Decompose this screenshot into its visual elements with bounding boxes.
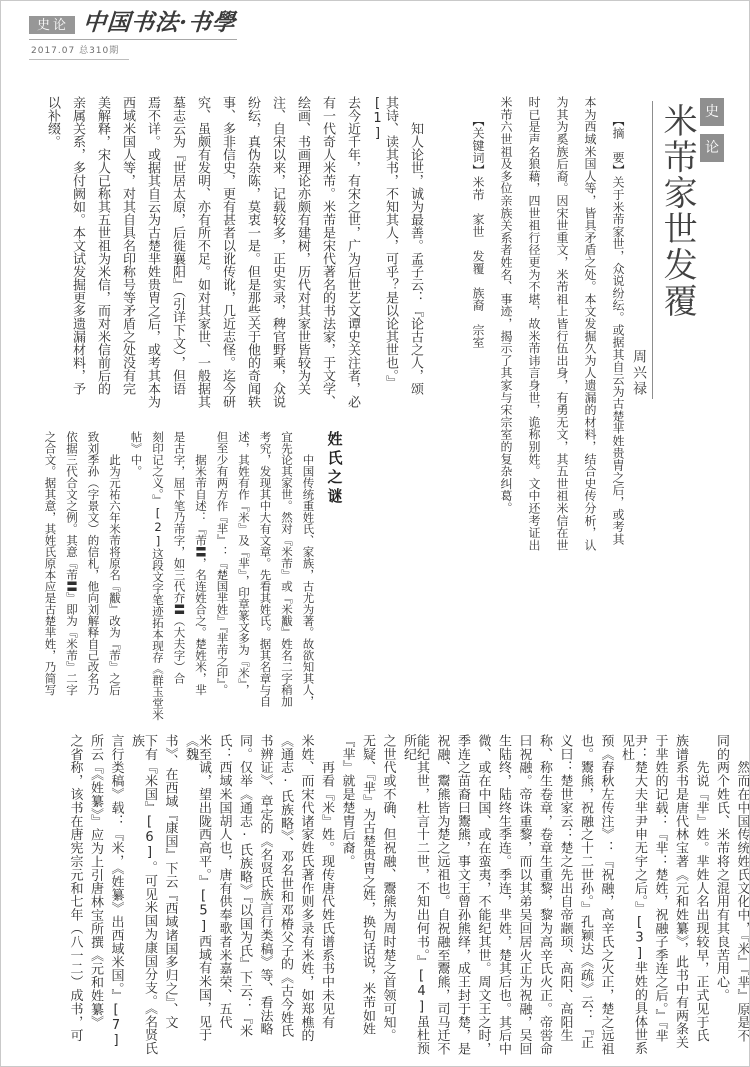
text-column: 是古字，屈下笔乃芾字，如三代夰〓（大夫字）合 [173, 431, 185, 721]
text-column: 氏：西域米国胡人也，唐有供奉歌者米嘉荣、五代 [218, 734, 231, 1064]
journal-section-label: 史论 [29, 16, 75, 34]
text-column: 帖》中。 [130, 431, 142, 721]
text-column: 纷纭，真伪杂陈，莫衷一是。但是那些关于他的奇闻轶 [246, 96, 259, 426]
text-column: 生陆终，陆终生季连。季连，芈姓，楚其后也。其后中 [497, 734, 510, 1064]
text-column: 事、多非信史，更有甚者以讹传讹，几近志怪。迄今研 [221, 96, 234, 426]
text-column: 同的两个姓氏、米芾将之混用有其良苦用心。 [715, 734, 728, 1064]
abstract-column: 为其为奚族后裔。因宋世重文，米芾祖上皆行伍出身，有勇无文，其五世祖米信在世 [556, 96, 568, 564]
text-column: 书辨证》、章定的《名贤氏族言行类稿》等、看法略 [259, 734, 272, 1064]
text-column: 所云『《姓纂》』应为上引唐林宝所撰《元和姓纂》 [89, 734, 102, 1064]
text-column: 『芈』就是楚胄后裔。 [341, 734, 354, 1064]
text-column: 祝融、鬻熊皆为楚之远祖也。自祝融至鬻熊，司马迁不 [436, 734, 449, 1064]
text-column: 曰祝融。帝诛重黎，而以其弟吴回居火正为祝融，吴回 [518, 734, 531, 1064]
abstract-column: 【摘 要】关于米芾家世，众说纷纭。或据其自云为古楚芈姓贵胄之后，或考其 [612, 96, 624, 564]
text-column: 族谱系书是唐代林宝著《元和姓纂》，此书中有两条关 [674, 734, 687, 1064]
issue-divider [29, 59, 129, 60]
text-column: 述，其姓有作『米』及『芈』，印章篆文多为『米』， [238, 431, 250, 721]
text-column: 绘画、书画理论亦颇有建树，历代对其家世皆较为关 [296, 96, 309, 426]
category-box-lun: 论 [700, 134, 724, 162]
abstract-column: 时已是声名狼藉，四世祖行径更为不堪，故米芾讳言身世，诡称别姓。文中还考证出 [528, 96, 540, 564]
text-column: 下有『米国』[6]。可见米国为康国分支。《名贤氏族 [130, 734, 156, 1064]
text-column: 有一代奇人米芾。米芾是宋代著名的书法家，于文学、 [321, 96, 334, 426]
text-column: 无疑、『芈』为古楚贵胄之姓，换句话说，米芾如姓 [361, 734, 374, 1064]
journal-logo: 中国书法·书學 [82, 11, 237, 34]
text-column: 之世代或不确、但祝融、鬻熊为周时楚之首领可知。 [382, 734, 395, 1064]
section-heading: 姓氏之谜 [327, 431, 342, 721]
abstract-column: 米芾六世祖及多位亲族关系者姓名、事迹，揭示了其家与宋宗室的复杂纠葛。 [500, 96, 512, 564]
text-column: 依据三代合文之例。其意『芾〓』即为『米芾』二字 [66, 431, 78, 721]
text-column: 其诗、读其书，不知其人，可乎？是以论其世也。』[1] [371, 96, 397, 426]
text-column: 焉不详。或据其自云为古楚芈姓贵胄之后，或考其本为 [146, 96, 159, 426]
text-column: 据米芾自述：『芾〓，名连姓合之。楚姓米，芈 [195, 431, 207, 721]
text-column: 书》、在西域『康国』下云『西域诸国多归之』、文 [164, 734, 177, 1064]
text-column: 然而在中国传统姓氏文化中，『米』『芈』原是不 [736, 734, 749, 1064]
header-divider [29, 39, 237, 40]
text-column: 先说『芈』姓。芈姓人名出现较早，正式见于氏 [695, 734, 708, 1064]
text-column: 致刘季孙（字景文）的信札，他向刘解释自己改名乃 [87, 431, 99, 721]
issue-line: 2017.07 总310期 [31, 43, 237, 56]
text-column: 美解释，宋人已称其五世祖为米信，而对米信前后的 [96, 96, 109, 426]
text-column: 言行类稿》载：『米，《姓纂》出西域米国。』[7] [110, 734, 123, 1064]
text-column: 刻印记之义。』[2]这段文字笔迹拓本现存《群玉堂米 [152, 431, 164, 721]
abstract-block: 【摘 要】关于米芾家世，众说纷纭。或据其自云为古楚芈姓贵胄之后，或考其本为西域米… [456, 96, 624, 564]
text-column: 考究，发现其中大有文章。先看其姓氏。据其名章与自 [259, 431, 271, 721]
text-column: 究、虽颇有发明、亦有所不足。如对其家世、一般据其 [196, 96, 209, 426]
title-rule [652, 101, 653, 399]
text-column: 去今近千年，有宋之世，广为后世艺文谭史关注者，必 [346, 96, 359, 426]
text-column: 亲属关系，多付阙如。本文试发掘更多遗漏材料，予 [71, 96, 84, 426]
text-column: 微、或在中国、或在蛮夷，不能纪其世。周文王之时， [477, 734, 490, 1064]
text-column: 以补缀。 [46, 96, 59, 426]
section-band: 姓氏之谜 中国传统重姓氏、家族，古尤为著。故欲知其人，宜先论其家世。然对『米芾』… [34, 431, 342, 721]
text-column: 米至诚，望出陇西高平。』[5]西域有米国，见于《魏 [184, 734, 210, 1064]
text-column: 知人论世，诚为最善。孟子云：『论古之人，颂 [409, 96, 422, 426]
text-column: 于芈姓的记载：『芈：楚姓，祝融子季连之后。』『芈 [654, 734, 667, 1064]
text-column: 也。鬻熊，祝融之十二世孙。』孔颖达《疏》云：『正 [579, 734, 592, 1064]
body-lower-band: 作米姓。 然而在中国传统姓氏文化中，『米』『芈』原是不同的两个姓氏、米芾将之混用… [61, 734, 750, 1064]
text-column: 义曰：楚世家云：楚之先出自帝颛顼、高阳、高阳生 [559, 734, 572, 1064]
journal-header: 史论 中国书法·书學 2017.07 总310期 [29, 11, 237, 60]
text-column: 此为元祐六年米芾将原名『黻』改为『芾』之后 [109, 431, 121, 721]
text-column: 《通志·氏族略》、邓名世和邓椿父子的《古今姓氏 [279, 734, 292, 1064]
text-column: 宜先论其家世。然对『米芾』或『米黻』姓名二字稍加 [281, 431, 293, 721]
text-column: 西域米国人等，对其自具名印称号等矛盾之处没有完 [121, 96, 134, 426]
article-title: 米芾家世发覆 [657, 103, 696, 333]
text-column: 墓志云为『世居太原，后徙襄阳』（引详下文），但语 [171, 96, 184, 426]
text-column: 同。仅举《通志·氏族略》『以国为氏』下云：『米 [238, 734, 251, 1064]
abstract-column: 本为西域米国人等，皆具矛盾之处。本文发掘久为人遗漏的材料，结合史传分析，认 [584, 96, 596, 564]
journal-page: 史论 中国书法·书學 2017.07 总310期 史 论 米芾家世发覆 周兴禄 … [0, 0, 750, 1067]
text-column: 能纪其世，杜言十二世，不知出何书。』[4]虽杜预所纪 [402, 734, 428, 1064]
text-column: 季连之苗裔曰鬻熊，事文王曾孙熊绎，成王封于楚，是 [456, 734, 469, 1064]
text-column: 尹：楚大夫芈尹申无宇之后。』[3]芈姓的具体世系见杜 [620, 734, 646, 1064]
section-columns: 中国传统重姓氏、家族，古尤为著。故欲知其人，宜先论其家世。然对『米芾』或『米黻』… [44, 431, 314, 721]
article-author: 周兴禄 [632, 349, 646, 397]
text-column: 称、称生卷章，卷章生重黎，黎为高辛氏火正。帝喾命 [538, 734, 551, 1064]
text-column: 注、自宋以来，记载较多，正史实录，稗官野乘，众说 [271, 96, 284, 426]
text-column: 米姓、而宋代诸家姓氏著作则多录有米姓，如郑樵的 [300, 734, 313, 1064]
category-box-shi: 史 [700, 98, 724, 126]
text-column: 预《春秋左传注》：『祝融，高辛氏之火正，楚之远祖 [600, 734, 613, 1064]
body-paragraph-band: 知人论世，诚为最善。孟子云：『论古之人，颂其诗、读其书，不知其人，可乎？是以论其… [34, 96, 422, 426]
text-column: 之合文。据其意，其姓氏原本应是古楚芈姓，乃简写 [44, 431, 56, 721]
text-column: 之省称，该书在唐宪宗元和七年（八一二）成书，可 [69, 734, 82, 1064]
text-column: 但至少有两方作『芈』：『楚国芈姓』『芈芾之印』。 [216, 431, 228, 721]
text-column: 中国传统重姓氏、家族，古尤为著。故欲知其人， [302, 431, 314, 721]
abstract-column: 【关键词】米芾 家世 发覆 族裔 宗室 [472, 96, 484, 564]
text-column: 再看『米』姓。现传唐代姓氏谱系书中未见有 [320, 734, 333, 1064]
